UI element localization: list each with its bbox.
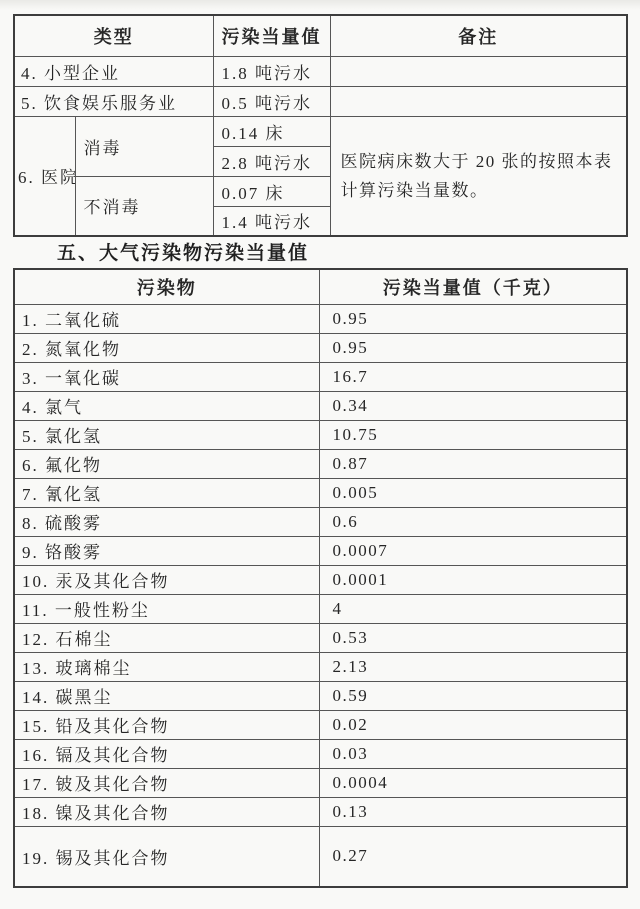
pollutant-name: 1. 二氧化硫	[14, 304, 319, 333]
pollutant-value: 16.7	[319, 362, 627, 391]
type-cell: 4. 小型企业	[14, 56, 213, 86]
table-row: 14. 碳黑尘 0.59	[14, 681, 627, 710]
pollutant-name: 2. 氮氧化物	[14, 333, 319, 362]
pollutant-name: 9. 铬酸雾	[14, 536, 319, 565]
pollutant-value: 0.59	[319, 681, 627, 710]
disinfected-label-cell: 消毒	[75, 116, 213, 176]
hospital-remark-cell: 医院病床数大于 20 张的按照本表计算污染当量数。	[330, 116, 627, 236]
pollutant-name: 5. 氯化氢	[14, 420, 319, 449]
pollutant-value: 0.03	[319, 739, 627, 768]
water-pollutant-equivalent-table: 类型 污染当量值 备注 4. 小型企业 1.8 吨污水 5. 饮食娱乐服务业 0…	[13, 14, 628, 237]
table-row: 8. 硫酸雾 0.6	[14, 507, 627, 536]
table-row: 6. 医院 消毒 0.14 床 医院病床数大于 20 张的按照本表计算污染当量数…	[14, 116, 627, 146]
pollutant-value: 0.005	[319, 478, 627, 507]
column-header-pollutant: 污染物	[14, 269, 319, 304]
table-row: 9. 铬酸雾 0.0007	[14, 536, 627, 565]
pollutant-value: 0.02	[319, 710, 627, 739]
pollutant-name: 15. 铅及其化合物	[14, 710, 319, 739]
table-row: 12. 石棉尘 0.53	[14, 623, 627, 652]
value-cell: 1.8 吨污水	[213, 56, 330, 86]
table-row: 18. 镍及其化合物 0.13	[14, 797, 627, 826]
table-row: 17. 铍及其化合物 0.0004	[14, 768, 627, 797]
column-header-equivalent-value: 污染当量值	[213, 15, 330, 56]
table-row: 16. 镉及其化合物 0.03	[14, 739, 627, 768]
document-page: 类型 污染当量值 备注 4. 小型企业 1.8 吨污水 5. 饮食娱乐服务业 0…	[0, 0, 640, 909]
pollutant-name: 18. 镍及其化合物	[14, 797, 319, 826]
value-cell: 0.5 吨污水	[213, 86, 330, 116]
pollutant-value: 0.0001	[319, 565, 627, 594]
value-cell: 0.14 床	[213, 116, 330, 146]
type-cell: 5. 饮食娱乐服务业	[14, 86, 213, 116]
pollutant-name: 14. 碳黑尘	[14, 681, 319, 710]
pollutant-value: 0.27	[319, 826, 627, 887]
pollutant-value: 0.6	[319, 507, 627, 536]
hospital-label-cell: 6. 医院	[14, 116, 75, 236]
table-row: 5. 氯化氢 10.75	[14, 420, 627, 449]
pollutant-value: 0.87	[319, 449, 627, 478]
table-header-row: 污染物 污染当量值（千克）	[14, 269, 627, 304]
column-header-type: 类型	[14, 15, 213, 56]
value-cell: 1.4 吨污水	[213, 206, 330, 236]
pollutant-name: 8. 硫酸雾	[14, 507, 319, 536]
table-row: 15. 铅及其化合物 0.02	[14, 710, 627, 739]
non-disinfected-label-cell: 不消毒	[75, 176, 213, 236]
pollutant-name: 17. 铍及其化合物	[14, 768, 319, 797]
pollutant-name: 13. 玻璃棉尘	[14, 652, 319, 681]
pollutant-value: 0.53	[319, 623, 627, 652]
pollutant-name: 12. 石棉尘	[14, 623, 319, 652]
section-title: 五、大气污染物污染当量值	[57, 241, 309, 267]
pollutant-name: 10. 汞及其化合物	[14, 565, 319, 594]
remark-cell-empty	[330, 86, 627, 116]
table-row: 19. 锡及其化合物 0.27	[14, 826, 627, 887]
table-row: 6. 氟化物 0.87	[14, 449, 627, 478]
pollutant-value: 0.0004	[319, 768, 627, 797]
pollutant-value: 4	[319, 594, 627, 623]
table-row: 10. 汞及其化合物 0.0001	[14, 565, 627, 594]
column-header-equivalent-kg: 污染当量值（千克）	[319, 269, 627, 304]
table-row: 13. 玻璃棉尘 2.13	[14, 652, 627, 681]
pollutant-value: 0.13	[319, 797, 627, 826]
table-row: 11. 一般性粉尘 4	[14, 594, 627, 623]
pollutant-name: 3. 一氧化碳	[14, 362, 319, 391]
pollutant-name: 19. 锡及其化合物	[14, 826, 319, 887]
air-pollutant-equivalent-table: 污染物 污染当量值（千克） 1. 二氧化硫 0.95 2. 氮氧化物 0.95 …	[13, 268, 628, 888]
value-cell: 0.07 床	[213, 176, 330, 206]
value-cell: 2.8 吨污水	[213, 146, 330, 176]
pollutant-value: 10.75	[319, 420, 627, 449]
pollutant-value: 0.34	[319, 391, 627, 420]
table-row: 4. 小型企业 1.8 吨污水	[14, 56, 627, 86]
table-row: 4. 氯气 0.34	[14, 391, 627, 420]
table-row: 2. 氮氧化物 0.95	[14, 333, 627, 362]
pollutant-value: 0.95	[319, 304, 627, 333]
table-row: 1. 二氧化硫 0.95	[14, 304, 627, 333]
pollutant-name: 16. 镉及其化合物	[14, 739, 319, 768]
table-header-row: 类型 污染当量值 备注	[14, 15, 627, 56]
column-header-remark: 备注	[330, 15, 627, 56]
table-row: 7. 氰化氢 0.005	[14, 478, 627, 507]
pollutant-value: 2.13	[319, 652, 627, 681]
table-row: 3. 一氧化碳 16.7	[14, 362, 627, 391]
pollutant-name: 4. 氯气	[14, 391, 319, 420]
pollutant-name: 6. 氟化物	[14, 449, 319, 478]
pollutant-name: 7. 氰化氢	[14, 478, 319, 507]
pollutant-value: 0.95	[319, 333, 627, 362]
remark-cell-empty	[330, 56, 627, 86]
pollutant-name: 11. 一般性粉尘	[14, 594, 319, 623]
table-row: 5. 饮食娱乐服务业 0.5 吨污水	[14, 86, 627, 116]
pollutant-value: 0.0007	[319, 536, 627, 565]
